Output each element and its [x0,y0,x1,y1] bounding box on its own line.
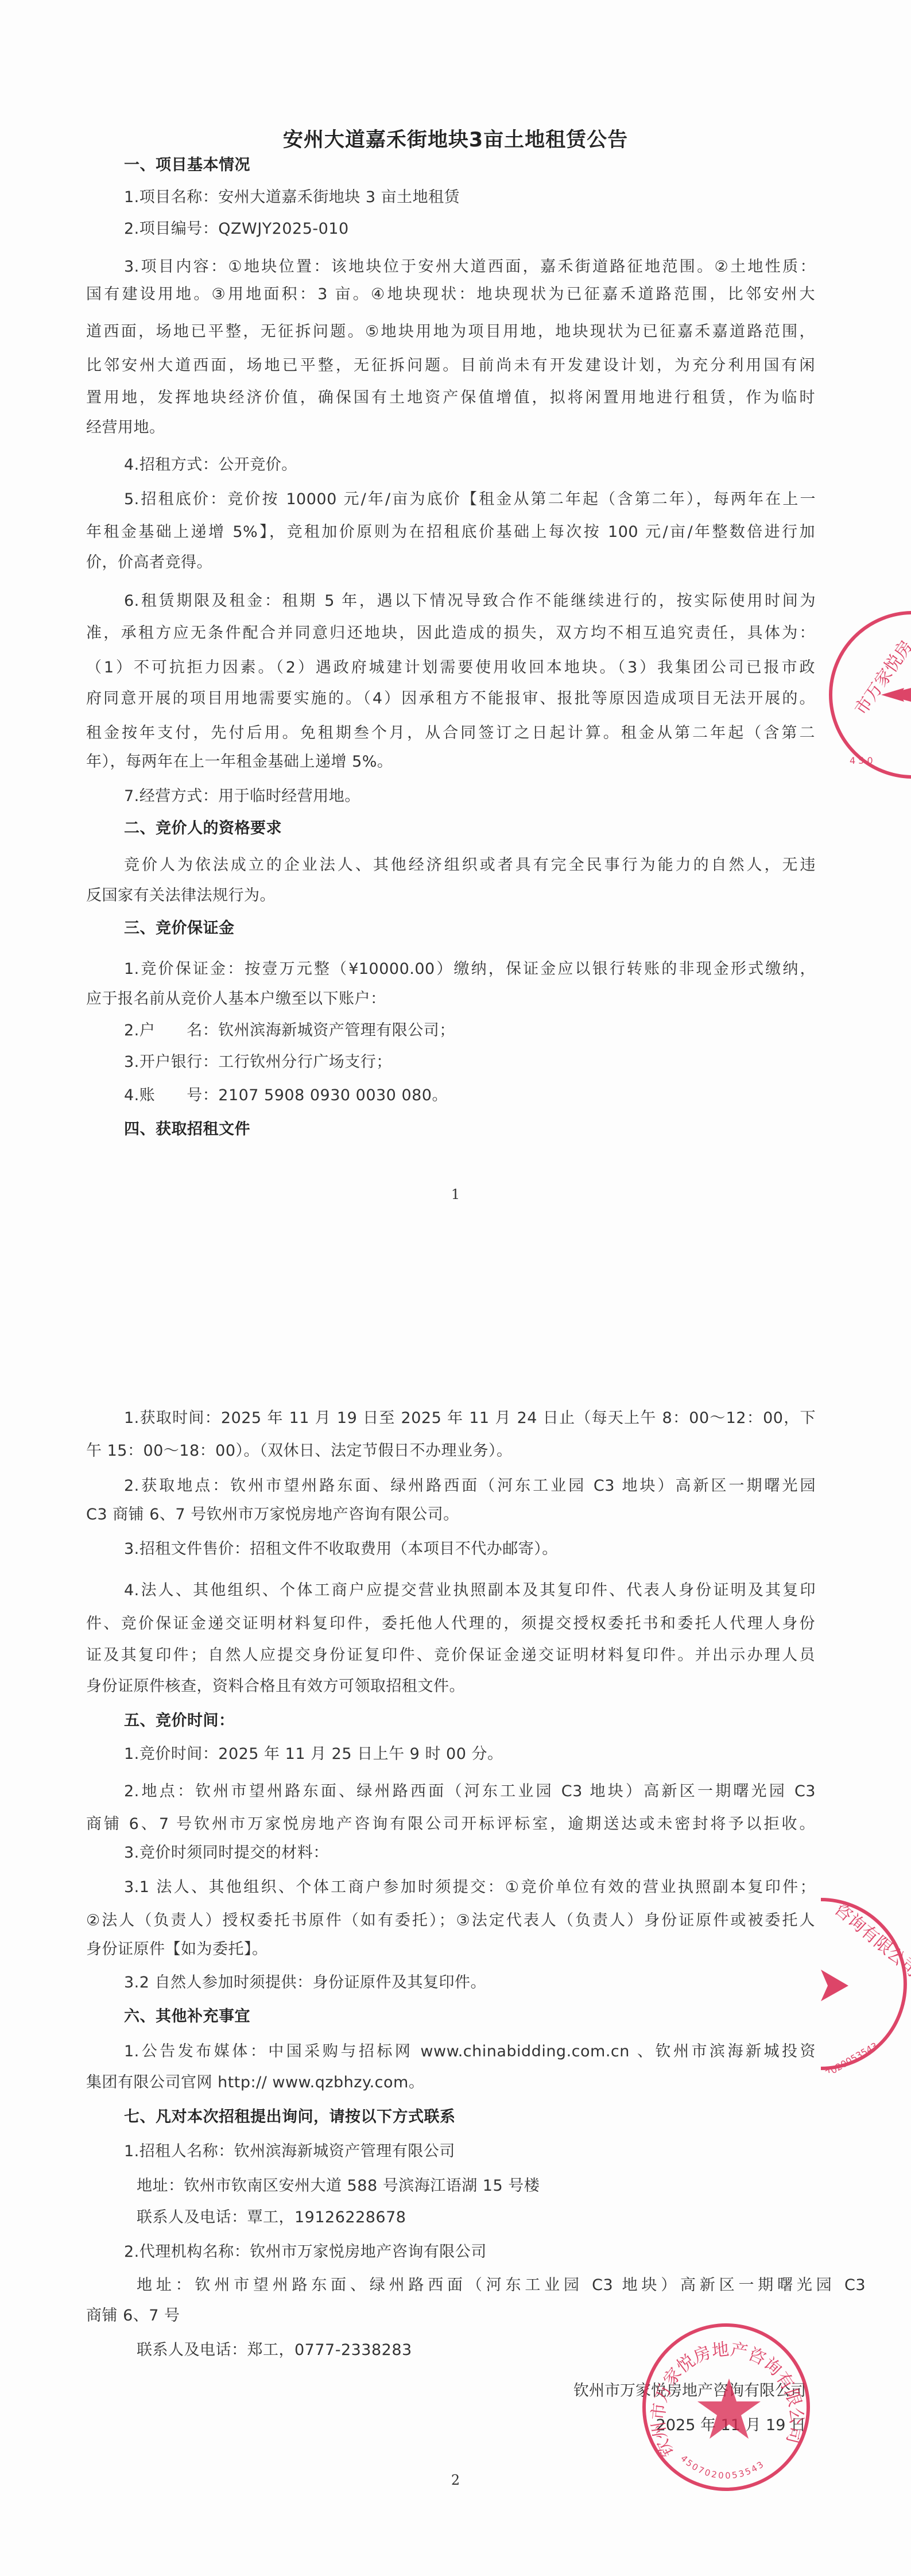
text-line: 府同意开展的项目用地需要实施的。（4）因承租方不能报审、报批等原因造成项目无法开… [86,690,815,708]
text-line: 3.招租文件售价：招租文件不收取费用（本项目不代办邮寄）。 [124,1540,558,1558]
text-line: 商铺 6、7 号钦州市万家悦房地产咨询有限公司开标评标室，逾期送达或未密封将予以… [86,1815,815,1834]
text-line: 联系人及电话：郑工，0777-2338283 [137,2341,412,2360]
svg-text:咨询有限公司: 咨询有限公司 [831,1899,911,1981]
company-seal-icon: 钦州市万家悦房地产咨询有限公司 4507020053543 [640,2321,812,2493]
page-number-1: 1 [0,1186,911,1202]
text-line: 准，承租方应无条件配合并同意归还地块，因此造成的损失，双方均不相互追究责任，具体… [86,624,815,643]
text-line: 2.代理机构名称：钦州市万家悦房地产咨询有限公司 [124,2243,487,2261]
announcement-document: 安州大道嘉禾街地块3亩土地租赁公告 一、项目基本情况1.项目名称：安州大道嘉禾街… [0,0,911,2576]
text-line: 反国家有关法律法规行为。 [86,887,276,905]
text-line: C3 商铺 6、7 号钦州市万家悦房地产咨询有限公司。 [86,1506,459,1524]
text-line: 1.竞价保证金：按壹万元整（¥10000.00）缴纳，保证金应以银行转账的非现金… [124,960,816,978]
text-line: 6.租赁期限及租金：租期 5 年，遇以下情况导致合作不能继续进行的，按实际使用时… [124,592,816,610]
section-heading: 七、凡对本次招租提出询问，请按以下方式联系 [124,2108,456,2126]
text-line: 1.招租人名称：钦州滨海新城资产管理有限公司 [124,2142,455,2161]
text-line: 应于报名前从竞价人基本户缴至以下账户： [86,990,386,1008]
document-title: 安州大道嘉禾街地块3亩土地租赁公告 [0,124,911,153]
text-line: 4.招租方式：公开竞价。 [124,456,297,474]
text-line: 3.竞价时须同时提交的材料： [124,1844,329,1862]
text-line: 比邻安州大道西面，场地已平整，无征拆问题。目前尚未有开发建设计划，为充分利用国有… [86,357,815,375]
text-line: 3.项目内容：①地块位置：该地块位于安州大道西面，嘉禾街道路征地范围。②土地性质… [124,258,816,276]
text-line: 身份证原件【如为委托】。 [86,1940,268,1959]
text-line: 1.公告发布媒体：中国采购与招标网 www.chinabidding.com.c… [124,2043,816,2061]
text-line: 4.法人、其他组织、个体工商户应提交营业执照副本及其复印件、代表人身份证明及其复… [124,1581,816,1600]
text-line: 置用地，发挥地块经济价值，确保国有土地资产保值增值，拟将闲置用地进行租赁，作为临… [86,389,815,407]
text-line: 竞价人为依法成立的企业法人、其他经济组织或者具有完全民事行为能力的自然人，无违 [124,856,816,875]
text-line: 集团有限公司官网 http:// www.qzbhzy.com。 [86,2074,424,2092]
text-line: 3.2 自然人参加时须提供：身份证原件及其复印件。 [124,1974,486,1992]
signature-date: 2025 年 11 月 19 日 [656,2412,806,2435]
text-line: 2.获取地点：钦州市望州路东面、绿州路西面（河东工业园 C3 地块）高新区一期曙… [124,1477,816,1495]
text-line: 3.开户银行：工行钦州分行广场支行； [124,1053,392,1072]
signature-company: 钦州市万家悦房地产咨询有限公司 [573,2378,806,2400]
text-line: 商铺 6、7 号 [86,2307,180,2325]
text-line: 7.经营方式：用于临时经营用地。 [124,787,360,806]
svg-text:7020053543: 7020053543 [824,2040,880,2073]
text-line: 国有建设用地。③用地面积：3 亩。④地块现状：地块现状为已征嘉禾道路范围，比邻安… [86,285,815,304]
text-line: 价，价高者竞得。 [86,554,212,572]
section-heading: 一、项目基本情况 [124,156,250,175]
text-line: 1.竞价时间：2025 年 11 月 25 日上午 9 时 00 分。 [124,1745,503,1763]
text-line: 1.获取时间：2025 年 11 月 19 日至 2025 年 11 月 24 … [124,1409,816,1428]
text-line: 地址：钦州市望州路东面、绿州路西面（河东工业园 C3 地块）高新区一期曙光园 C… [137,2276,866,2295]
text-line: 租金按年支付，先付后用。免租期叁个月，从合同签订之日起计算。租金从第二年起（含第… [86,724,815,742]
text-line: ②法人（负责人）授权委托书原件（如有委托）；③法定代表人（负责人）身份证原件或被… [86,1912,815,1930]
section-heading: 三、竞价保证金 [124,919,235,938]
text-line: 年租金基础上递增 5%】，竞租加价原则为在招租底价基础上每次按 100 元/亩/… [86,523,815,541]
text-line: 联系人及电话：覃工，19126228678 [137,2208,406,2227]
text-line: 道西面，场地已平整，无征拆问题。⑤地块用地为项目用地，地块现状为已征嘉禾嘉道路范… [86,323,815,341]
section-heading: 五、竞价时间： [124,1712,235,1730]
svg-text:市万家悦房: 市万家悦房 [851,637,911,719]
text-line: 午 15：00～18：00）。（双休日、法定节假日不办理业务）。 [86,1442,513,1460]
company-seal-icon: 市万家悦房 4 5 0 [827,609,911,781]
text-line: 2.地点：钦州市望州路东面、绿州路西面（河东工业园 C3 地块）高新区一期曙光园… [124,1782,816,1801]
text-line: 证及其复印件；自然人应提交身份证复印件、竞价保证金递交证明材料复印件。并出示办理… [86,1646,815,1665]
text-line: （1）不可抗拒力因素。（2）遇政府城建计划需要使用收回本地块。（3）我集团公司已… [86,659,815,677]
text-line: 2.户 名：钦州滨海新城资产管理有限公司； [124,1022,455,1040]
text-line: 件、竞价保证金递交证明材料复印件，委托他人代理的，须提交授权委托书和委托人代理人… [86,1615,815,1633]
text-line: 地址：钦州市钦南区安州大道 588 号滨海江语湖 15 号楼 [137,2177,540,2195]
text-line: 2.项目编号：QZWJY2025-010 [124,220,349,238]
page-number-2: 2 [0,2472,911,2488]
section-heading: 四、获取招租文件 [124,1120,250,1139]
text-line: 经营用地。 [86,419,165,437]
text-line: 1.项目名称：安州大道嘉禾街地块 3 亩土地租赁 [124,188,460,207]
text-line: 4.账 号：2107 5908 0930 0030 080。 [124,1086,448,1105]
text-line: 身份证原件核查，资料合格且有效方可领取招租文件。 [86,1677,465,1696]
text-line: 5.招租底价：竞价按 10000 元/年/亩为底价【租金从第二年起（含第二年），… [124,490,816,509]
company-seal-icon: 咨询有限公司 7020053543 [821,1895,911,2073]
svg-text:4 5 0: 4 5 0 [850,755,873,766]
section-heading: 六、其他补充事宜 [124,2008,250,2026]
text-line: 年），每两年在上一年租金基础上递增 5%。 [86,753,393,771]
section-heading: 二、竞价人的资格要求 [124,819,282,838]
text-line: 3.1 法人、其他组织、个体工商户参加时须提交：①竞价单位有效的营业执照副本复印… [124,1878,816,1897]
